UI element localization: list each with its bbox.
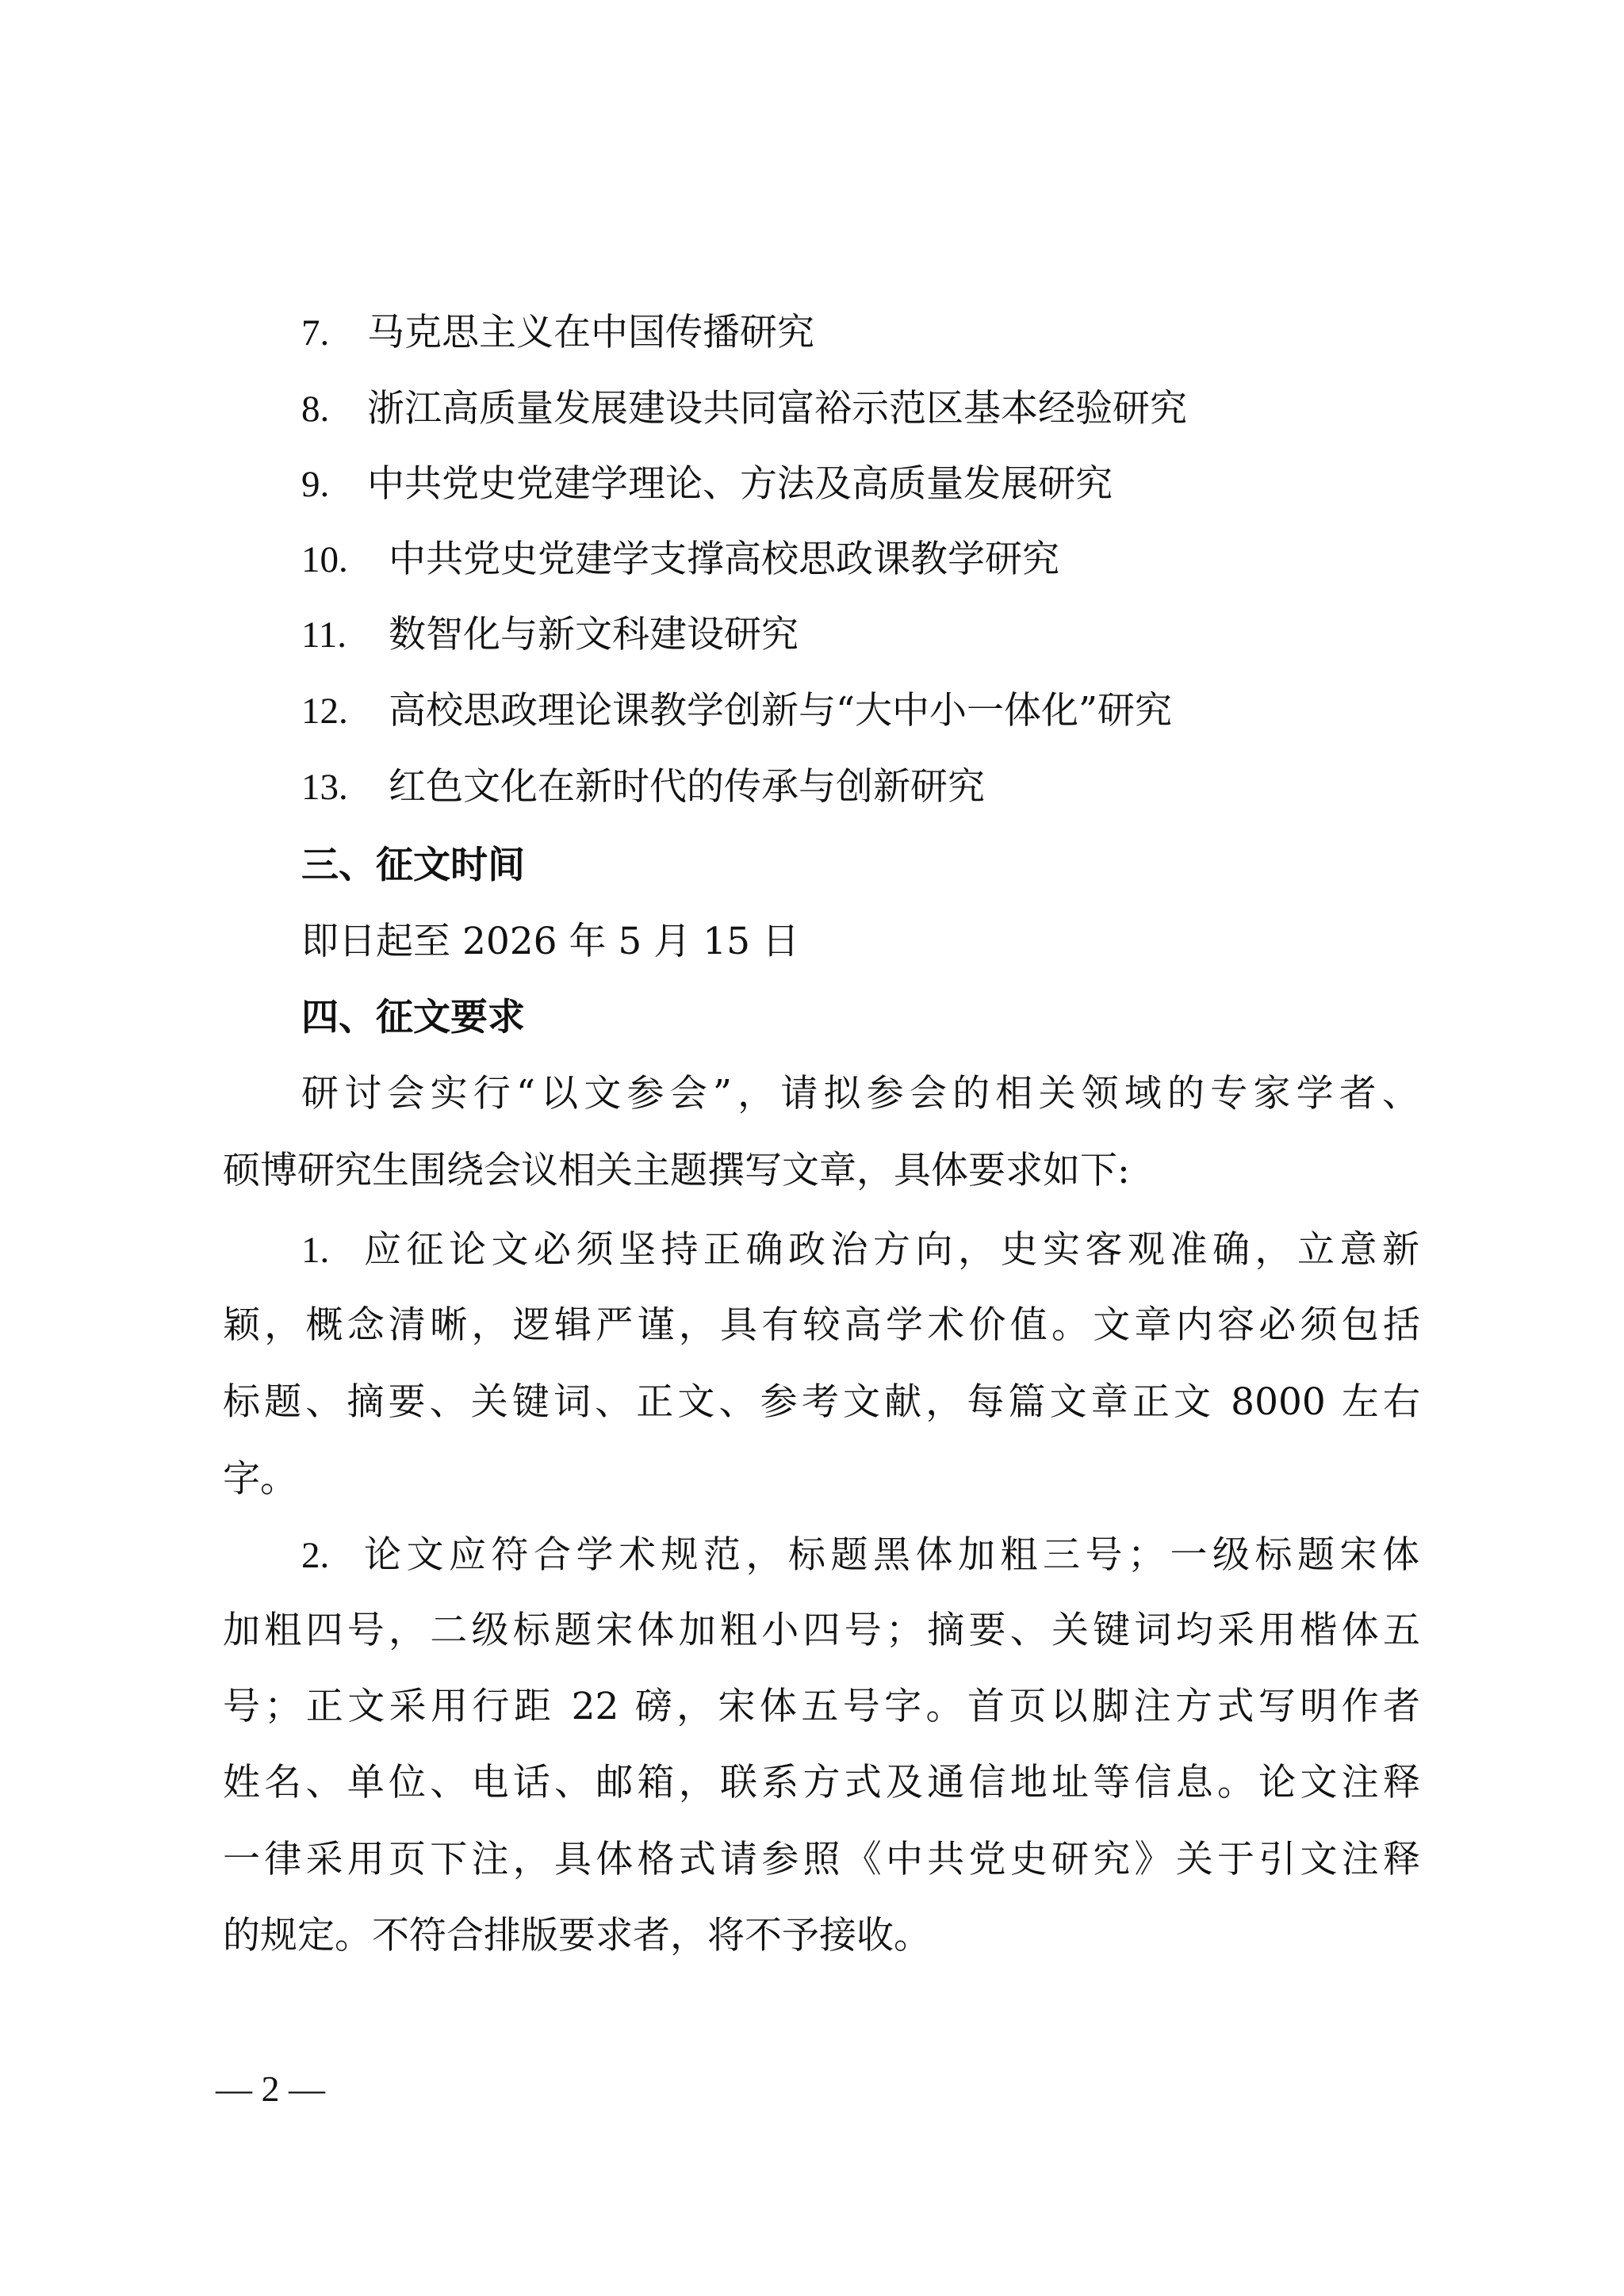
requirement-1-line: 1.应征论文必须坚持正确政治方向，史实客观准确，立意新 <box>301 1226 1419 1274</box>
topic-text: 数智化与新文科建设研究 <box>389 613 799 656</box>
topic-item: 8.浙江高质量发展建设共同富裕示范区基本经验研究 <box>301 385 1187 433</box>
requirement-2-line: 加粗四号，二级标题宋体加粗小四号；摘要、关键词均采用楷体五 <box>223 1607 1420 1655</box>
topic-number: 11. <box>301 611 389 659</box>
topic-number: 7. <box>301 309 367 357</box>
topic-item: 12.高校思政理论课教学创新与“大中小一体化”研究 <box>301 687 1172 735</box>
topic-text: 中共党史党建学理论、方法及高质量发展研究 <box>367 462 1113 506</box>
section-heading-requirements: 四、征文要求 <box>301 994 525 1042</box>
topic-number: 12. <box>301 687 389 735</box>
topic-number: 9. <box>301 461 367 508</box>
requirement-2-line: 一律采用页下注，具体格式请参照《中共党史研究》关于引文注释 <box>223 1836 1420 1884</box>
requirement-text: 论文应符合学术规范，标题黑体加粗三号；一级标题宋体 <box>364 1532 1419 1579</box>
intro-paragraph-line: 研讨会实行“以文参会”，请拟参会的相关领域的专家学者、 <box>301 1070 1419 1118</box>
topic-text: 高校思政理论课教学创新与“大中小一体化”研究 <box>389 689 1172 733</box>
topic-text: 马克思主义在中国传播研究 <box>367 311 814 354</box>
requirement-2-line: 的规定。不符合排版要求者，将不予接收。 <box>223 1912 931 1960</box>
topic-item: 7.马克思主义在中国传播研究 <box>301 309 814 357</box>
submission-deadline: 即日起至 2026 年 5 月 15 日 <box>301 918 799 966</box>
topic-text: 中共党史党建学支撑高校思政课教学研究 <box>389 538 1059 581</box>
requirement-1-line: 字。 <box>223 1456 297 1503</box>
document-page: 7.马克思主义在中国传播研究 8.浙江高质量发展建设共同富裕示范区基本经验研究 … <box>0 0 1624 2296</box>
requirement-1-line: 标题、摘要、关键词、正文、参考文献，每篇文章正文 8000 左右 <box>223 1379 1420 1426</box>
topic-item: 11.数智化与新文科建设研究 <box>301 611 799 659</box>
requirement-text: 应征论文必须坚持正确政治方向，史实客观准确，立意新 <box>364 1226 1419 1274</box>
section-heading-submission-time: 三、征文时间 <box>301 842 525 890</box>
requirement-2-line: 号；正文采用行距 22 磅，宋体五号字。首页以脚注方式写明作者 <box>223 1683 1420 1731</box>
topic-number: 8. <box>301 385 367 433</box>
page-number: — 2 — <box>216 2068 325 2110</box>
requirement-2-line: 2.论文应符合学术规范，标题黑体加粗三号；一级标题宋体 <box>301 1532 1419 1579</box>
requirement-number: 2. <box>301 1532 364 1579</box>
requirement-number: 1. <box>301 1226 364 1274</box>
topic-item: 13.红色文化在新时代的传承与创新研究 <box>301 763 985 811</box>
topic-text: 红色文化在新时代的传承与创新研究 <box>389 765 985 809</box>
topic-item: 9.中共党史党建学理论、方法及高质量发展研究 <box>301 461 1113 508</box>
topic-number: 10. <box>301 536 389 584</box>
intro-paragraph-line: 硕博研究生围绕会议相关主题撰写文章，具体要求如下: <box>223 1147 1130 1195</box>
requirement-1-line: 颖，概念清晰，逻辑严谨，具有较高学术价值。文章内容必须包括 <box>223 1302 1420 1349</box>
topic-number: 13. <box>301 763 389 811</box>
topic-text: 浙江高质量发展建设共同富裕示范区基本经验研究 <box>367 387 1187 430</box>
requirement-2-line: 姓名、单位、电话、邮箱，联系方式及通信地址等信息。论文注释 <box>223 1759 1420 1807</box>
topic-item: 10.中共党史党建学支撑高校思政课教学研究 <box>301 536 1059 584</box>
